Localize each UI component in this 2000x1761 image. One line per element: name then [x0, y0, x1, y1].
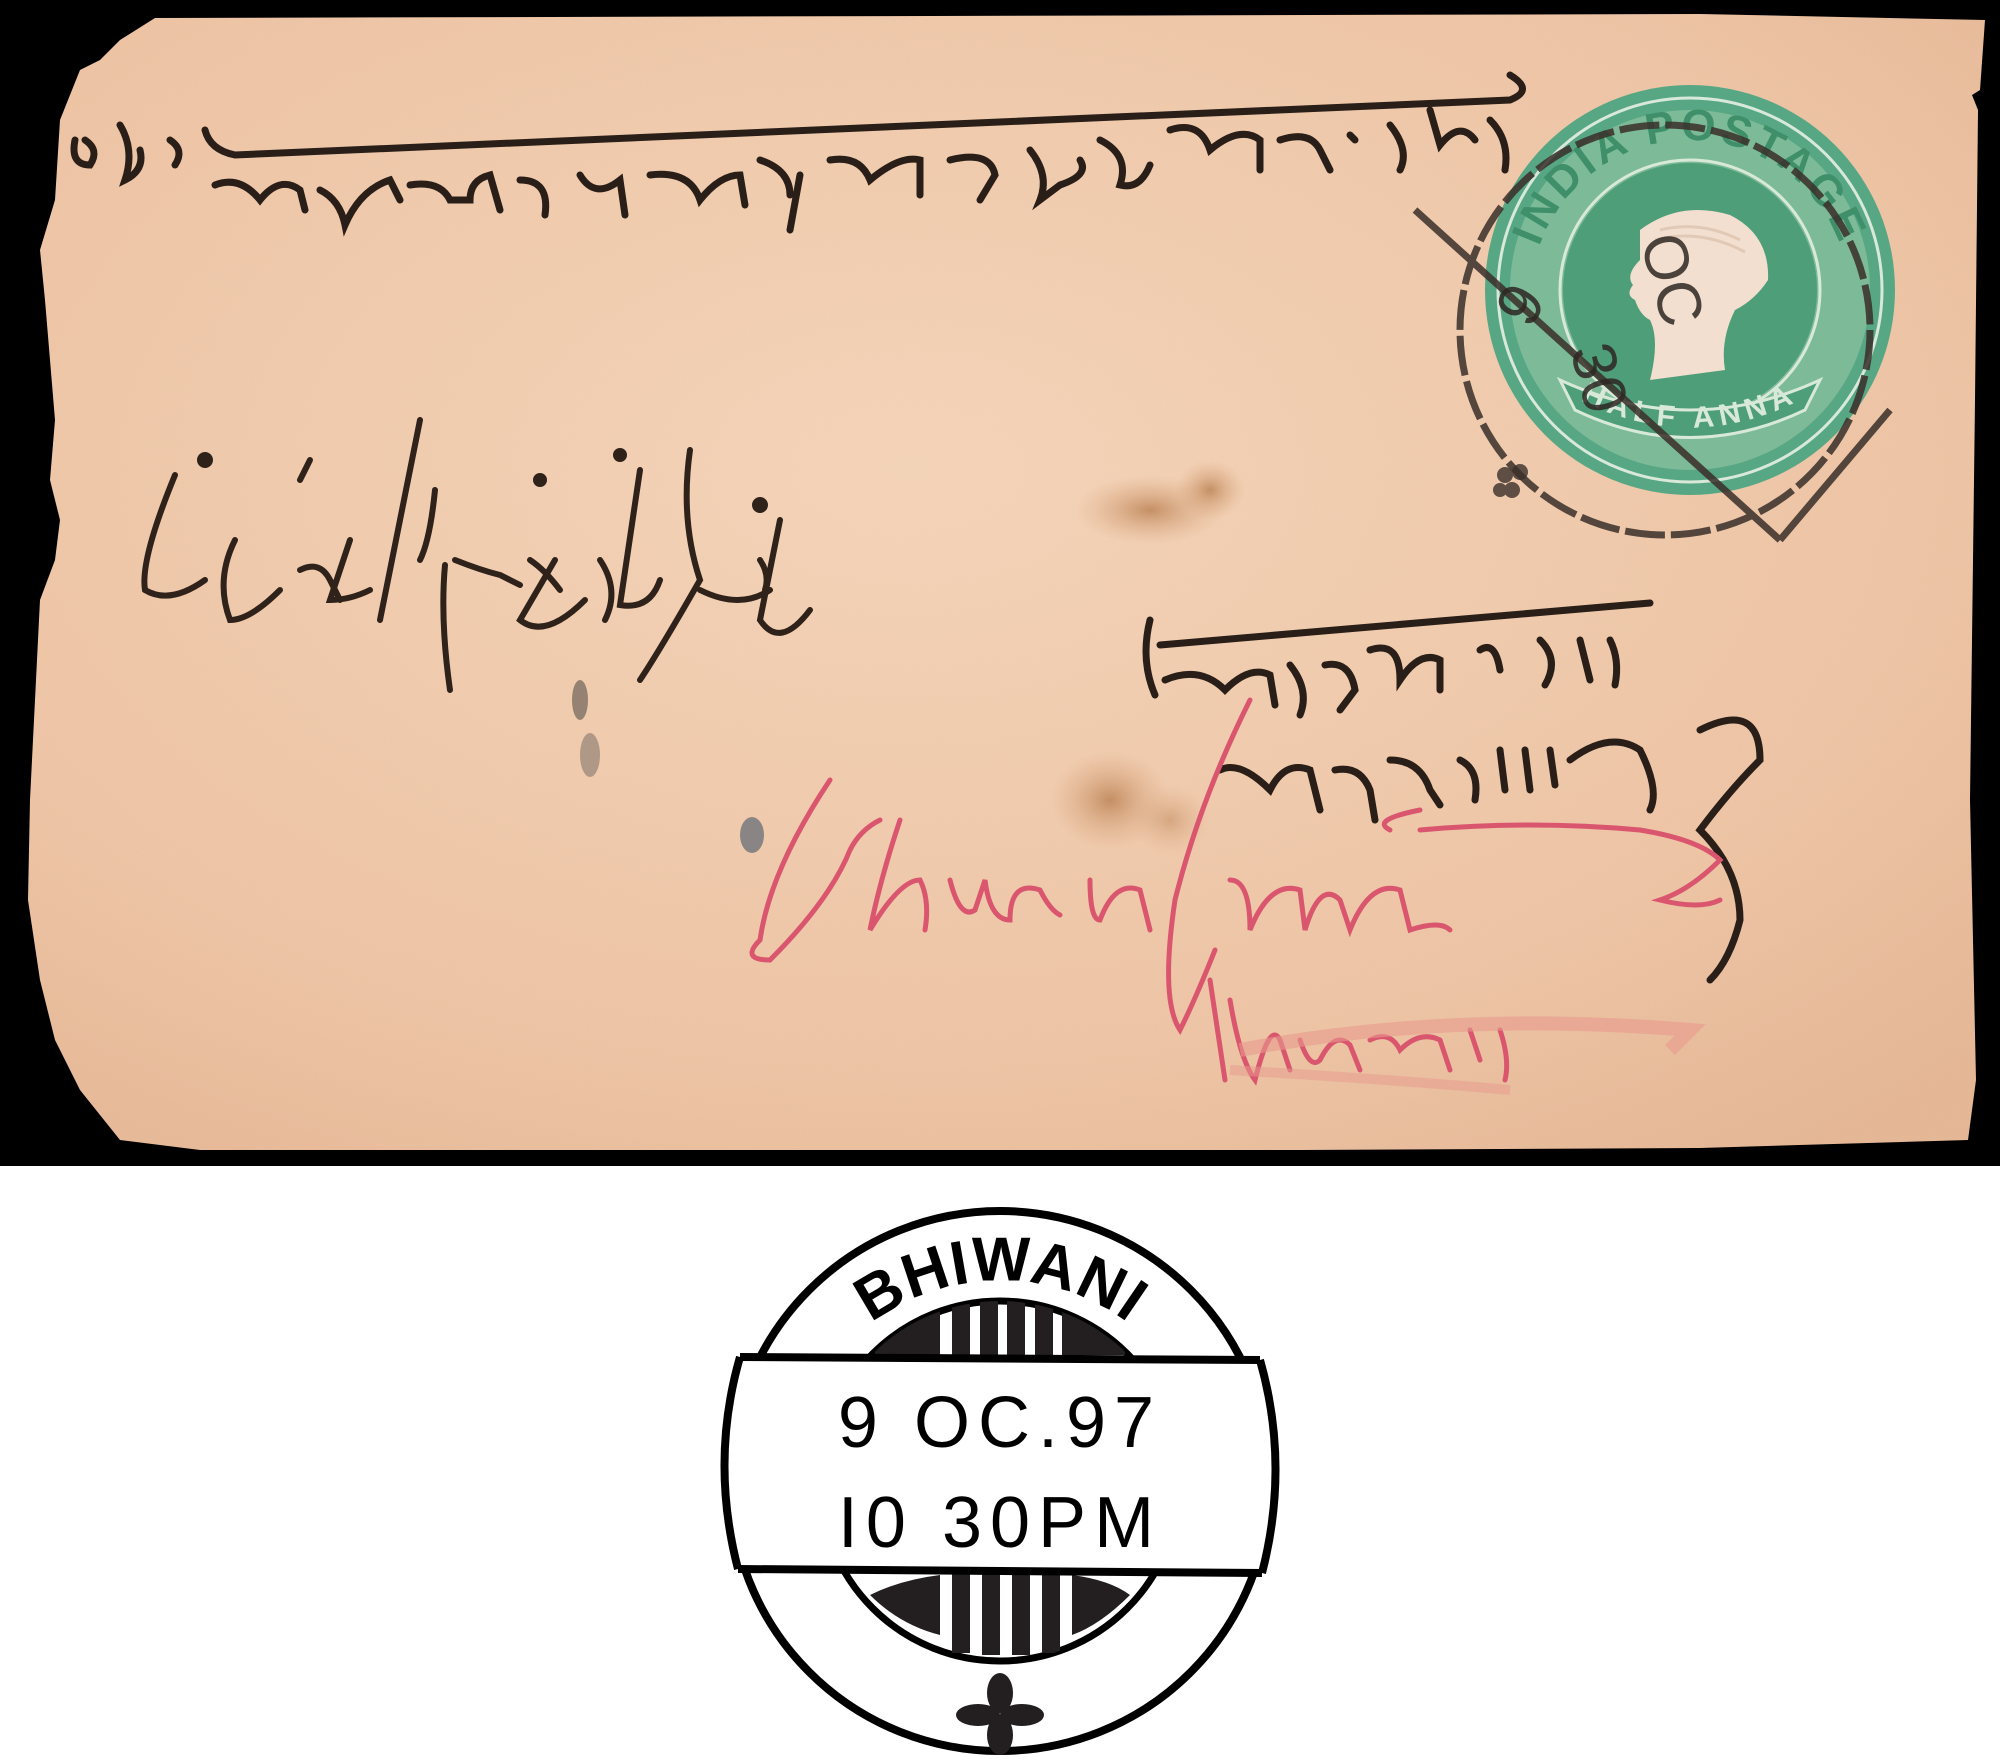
postmark-date: 9 OC.97 [838, 1383, 1162, 1463]
postmark-time: I0 30PM [838, 1483, 1162, 1563]
envelope-scan: INDIA POSTAGE HALF ANNA 9 OC 30 [0, 0, 2000, 1166]
postmark-diagram: BHIWANI 9 OC.97 I0 30PM [700, 1185, 1300, 1761]
